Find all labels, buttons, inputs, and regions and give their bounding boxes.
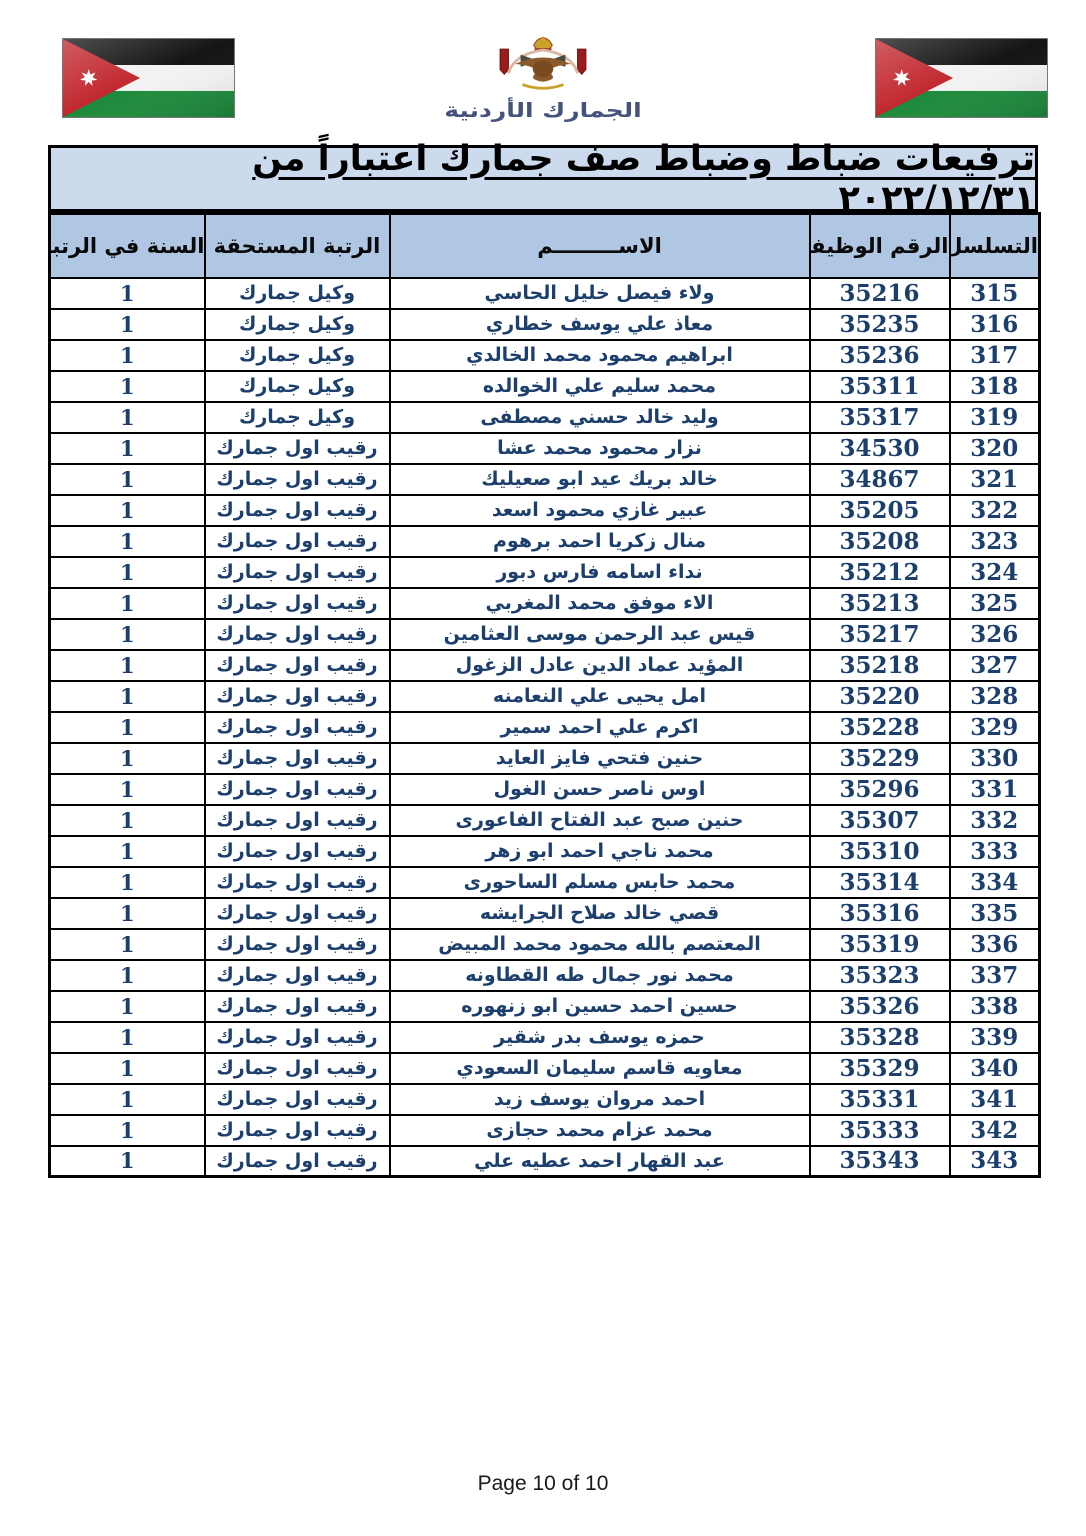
table-row: 330 35229 حنين فتحي فايز العايد رقيب اول…	[50, 743, 1040, 774]
table-row: 337 35323 محمد نور جمال طه القطاونه رقيب…	[50, 960, 1040, 991]
years-cell: 1	[50, 402, 205, 433]
rank-cell: رقيب اول جمارك	[205, 464, 390, 495]
table-row: 336 35319 المعتصم بالله محمود محمد المبي…	[50, 929, 1040, 960]
employee-no-cell: 35311	[810, 371, 950, 402]
years-cell: 1	[50, 464, 205, 495]
rank-cell: رقيب اول جمارك	[205, 650, 390, 681]
employee-no-cell: 35229	[810, 743, 950, 774]
serial-cell: 331	[950, 774, 1040, 805]
serial-cell: 327	[950, 650, 1040, 681]
table-row: 327 35218 المؤيد عماد الدين عادل الزغول …	[50, 650, 1040, 681]
table-row: 329 35228 اكرم علي احمد سمير رقيب اول جم…	[50, 712, 1040, 743]
table-row: 338 35326 حسين احمد حسين ابو زنهوره رقيب…	[50, 991, 1040, 1022]
employee-no-cell: 35317	[810, 402, 950, 433]
serial-cell: 341	[950, 1084, 1040, 1115]
years-cell: 1	[50, 1053, 205, 1084]
rank-cell: رقيب اول جمارك	[205, 929, 390, 960]
rank-cell: رقيب اول جمارك	[205, 991, 390, 1022]
serial-cell: 324	[950, 557, 1040, 588]
years-cell: 1	[50, 340, 205, 371]
page-title: ترفيعات ضباط وضباط صف جمارك اعتباراً من …	[51, 139, 1035, 219]
table-row: 343 35343 عبد القهار احمد عطيه علي رقيب …	[50, 1146, 1040, 1177]
employee-no-cell: 35314	[810, 867, 950, 898]
name-cell: الاء موفق محمد المغربي	[390, 588, 810, 619]
years-cell: 1	[50, 1022, 205, 1053]
employee-no-cell: 35319	[810, 929, 950, 960]
table-row: 333 35310 محمد ناجي احمد ابو زهر رقيب او…	[50, 836, 1040, 867]
serial-cell: 318	[950, 371, 1040, 402]
jordan-customs-emblem: الجمارك الأردنية	[393, 36, 693, 122]
rank-cell: رقيب اول جمارك	[205, 1022, 390, 1053]
years-cell: 1	[50, 1084, 205, 1115]
name-cell: محمد ناجي احمد ابو زهر	[390, 836, 810, 867]
serial-cell: 322	[950, 495, 1040, 526]
years-cell: 1	[50, 526, 205, 557]
name-cell: نزار محمود محمد عشا	[390, 433, 810, 464]
serial-cell: 323	[950, 526, 1040, 557]
years-cell: 1	[50, 1115, 205, 1146]
serial-cell: 340	[950, 1053, 1040, 1084]
years-cell: 1	[50, 991, 205, 1022]
rank-cell: رقيب اول جمارك	[205, 774, 390, 805]
employee-no-cell: 35228	[810, 712, 950, 743]
serial-cell: 315	[950, 278, 1040, 309]
years-cell: 1	[50, 743, 205, 774]
rank-cell: وكيل جمارك	[205, 309, 390, 340]
name-cell: المعتصم بالله محمود محمد المبيض	[390, 929, 810, 960]
years-cell: 1	[50, 898, 205, 929]
employee-no-cell: 34867	[810, 464, 950, 495]
table-row: 319 35317 وليد خالد حسني مصطفى وكيل جمار…	[50, 402, 1040, 433]
name-cell: قصي خالد صلاح الجرايشه	[390, 898, 810, 929]
serial-cell: 337	[950, 960, 1040, 991]
name-cell: محمد نور جمال طه القطاونه	[390, 960, 810, 991]
years-cell: 1	[50, 495, 205, 526]
table-row: 315 35216 ولاء فيصل خليل الحاسي وكيل جما…	[50, 278, 1040, 309]
name-cell: خالد بريك عيد ابو صعيليك	[390, 464, 810, 495]
rank-cell: رقيب اول جمارك	[205, 898, 390, 929]
table-row: 321 34867 خالد بريك عيد ابو صعيليك رقيب …	[50, 464, 1040, 495]
table-row: 335 35316 قصي خالد صلاح الجرايشه رقيب او…	[50, 898, 1040, 929]
document-title-bar: ترفيعات ضباط وضباط صف جمارك اعتباراً من …	[48, 145, 1038, 212]
serial-cell: 320	[950, 433, 1040, 464]
serial-cell: 336	[950, 929, 1040, 960]
name-cell: نداء اسامه فارس دبور	[390, 557, 810, 588]
jordan-flag-icon	[875, 38, 1048, 118]
table-row: 323 35208 منال زكريا احمد برهوم رقيب اول…	[50, 526, 1040, 557]
years-cell: 1	[50, 557, 205, 588]
jordan-flag-icon	[62, 38, 235, 118]
employee-no-cell: 35212	[810, 557, 950, 588]
name-cell: وليد خالد حسني مصطفى	[390, 402, 810, 433]
name-cell: معاويه قاسم سليمان السعودي	[390, 1053, 810, 1084]
table-row: 339 35328 حمزه يوسف بدر شقير رقيب اول جم…	[50, 1022, 1040, 1053]
rank-cell: رقيب اول جمارك	[205, 960, 390, 991]
jordan-coat-of-arms-icon	[468, 36, 618, 92]
years-cell: 1	[50, 371, 205, 402]
serial-cell: 339	[950, 1022, 1040, 1053]
employee-no-cell: 35329	[810, 1053, 950, 1084]
years-cell: 1	[50, 588, 205, 619]
serial-cell: 330	[950, 743, 1040, 774]
serial-cell: 343	[950, 1146, 1040, 1177]
document-page: الجمارك الأردنية ترفيعات ضباط وضباط صف ج…	[0, 0, 1086, 1536]
name-cell: حمزه يوسف بدر شقير	[390, 1022, 810, 1053]
rank-cell: رقيب اول جمارك	[205, 1115, 390, 1146]
name-cell: ابراهيم محمود محمد الخالدي	[390, 340, 810, 371]
rank-cell: رقيب اول جمارك	[205, 495, 390, 526]
years-cell: 1	[50, 650, 205, 681]
table-header: التسلسل الرقم الوظيفي الاســـــــــم الر…	[50, 214, 1040, 278]
name-cell: ولاء فيصل خليل الحاسي	[390, 278, 810, 309]
years-cell: 1	[50, 867, 205, 898]
name-cell: محمد حابس مسلم الساحورى	[390, 867, 810, 898]
employee-no-cell: 35236	[810, 340, 950, 371]
years-cell: 1	[50, 278, 205, 309]
serial-cell: 316	[950, 309, 1040, 340]
employee-no-cell: 35323	[810, 960, 950, 991]
employee-no-cell: 35328	[810, 1022, 950, 1053]
table-row: 320 34530 نزار محمود محمد عشا رقيب اول ج…	[50, 433, 1040, 464]
table-row: 342 35333 محمد عزام محمد حجازى رقيب اول …	[50, 1115, 1040, 1146]
name-cell: محمد سليم علي الخوالده	[390, 371, 810, 402]
rank-cell: وكيل جمارك	[205, 278, 390, 309]
promotions-table: التسلسل الرقم الوظيفي الاســـــــــم الر…	[48, 212, 1041, 1178]
name-cell: عبير غازي محمود اسعد	[390, 495, 810, 526]
serial-cell: 335	[950, 898, 1040, 929]
name-cell: اكرم علي احمد سمير	[390, 712, 810, 743]
employee-no-cell: 35205	[810, 495, 950, 526]
name-cell: المؤيد عماد الدين عادل الزغول	[390, 650, 810, 681]
table-row: 318 35311 محمد سليم علي الخوالده وكيل جم…	[50, 371, 1040, 402]
rank-cell: رقيب اول جمارك	[205, 1146, 390, 1177]
serial-cell: 326	[950, 619, 1040, 650]
years-cell: 1	[50, 960, 205, 991]
years-cell: 1	[50, 309, 205, 340]
table-row: 334 35314 محمد حابس مسلم الساحورى رقيب ا…	[50, 867, 1040, 898]
column-header-serial: التسلسل	[950, 214, 1040, 278]
rank-cell: رقيب اول جمارك	[205, 619, 390, 650]
name-cell: حسين احمد حسين ابو زنهوره	[390, 991, 810, 1022]
rank-cell: وكيل جمارك	[205, 371, 390, 402]
name-cell: معاذ علي يوسف خطاري	[390, 309, 810, 340]
years-cell: 1	[50, 774, 205, 805]
serial-cell: 319	[950, 402, 1040, 433]
name-cell: قيس عبد الرحمن موسى العثامين	[390, 619, 810, 650]
rank-cell: رقيب اول جمارك	[205, 867, 390, 898]
serial-cell: 333	[950, 836, 1040, 867]
table-row: 328 35220 امل يحيى علي النعامنه رقيب اول…	[50, 681, 1040, 712]
serial-cell: 332	[950, 805, 1040, 836]
column-header-emp-no: الرقم الوظيفي	[810, 214, 950, 278]
rank-cell: رقيب اول جمارك	[205, 805, 390, 836]
name-cell: احمد مروان يوسف زيد	[390, 1084, 810, 1115]
employee-no-cell: 35208	[810, 526, 950, 557]
serial-cell: 329	[950, 712, 1040, 743]
years-cell: 1	[50, 929, 205, 960]
rank-cell: رقيب اول جمارك	[205, 526, 390, 557]
employee-no-cell: 35235	[810, 309, 950, 340]
name-cell: امل يحيى علي النعامنه	[390, 681, 810, 712]
years-cell: 1	[50, 1146, 205, 1177]
employee-no-cell: 35343	[810, 1146, 950, 1177]
column-header-name: الاســـــــــم	[390, 214, 810, 278]
name-cell: منال زكريا احمد برهوم	[390, 526, 810, 557]
rank-cell: وكيل جمارك	[205, 340, 390, 371]
rank-cell: رقيب اول جمارك	[205, 557, 390, 588]
table-row: 317 35236 ابراهيم محمود محمد الخالدي وكي…	[50, 340, 1040, 371]
table-row: 332 35307 حنين صبح عبد الفتاح الفاعورى ر…	[50, 805, 1040, 836]
table-row: 331 35296 اوس ناصر حسن الغول رقيب اول جم…	[50, 774, 1040, 805]
name-cell: حنين فتحي فايز العايد	[390, 743, 810, 774]
employee-no-cell: 35316	[810, 898, 950, 929]
name-cell: اوس ناصر حسن الغول	[390, 774, 810, 805]
name-cell: حنين صبح عبد الفتاح الفاعورى	[390, 805, 810, 836]
table-row: 326 35217 قيس عبد الرحمن موسى العثامين ر…	[50, 619, 1040, 650]
employee-no-cell: 35296	[810, 774, 950, 805]
years-cell: 1	[50, 619, 205, 650]
employee-no-cell: 35217	[810, 619, 950, 650]
serial-cell: 334	[950, 867, 1040, 898]
rank-cell: رقيب اول جمارك	[205, 1084, 390, 1115]
name-cell: محمد عزام محمد حجازى	[390, 1115, 810, 1146]
employee-no-cell: 35220	[810, 681, 950, 712]
employee-no-cell: 35326	[810, 991, 950, 1022]
table-row: 325 35213 الاء موفق محمد المغربي رقيب او…	[50, 588, 1040, 619]
rank-cell: رقيب اول جمارك	[205, 836, 390, 867]
serial-cell: 328	[950, 681, 1040, 712]
column-header-rank: الرتبة المستحقة	[205, 214, 390, 278]
rank-cell: رقيب اول جمارك	[205, 712, 390, 743]
employee-no-cell: 35307	[810, 805, 950, 836]
years-cell: 1	[50, 712, 205, 743]
table-row: 316 35235 معاذ علي يوسف خطاري وكيل جمارك…	[50, 309, 1040, 340]
years-cell: 1	[50, 433, 205, 464]
rank-cell: رقيب اول جمارك	[205, 681, 390, 712]
table-row: 324 35212 نداء اسامه فارس دبور رقيب اول …	[50, 557, 1040, 588]
name-cell: عبد القهار احمد عطيه علي	[390, 1146, 810, 1177]
table-row: 340 35329 معاويه قاسم سليمان السعودي رقي…	[50, 1053, 1040, 1084]
employee-no-cell: 35331	[810, 1084, 950, 1115]
rank-cell: رقيب اول جمارك	[205, 743, 390, 774]
page-number: Page 10 of 10	[0, 1472, 1086, 1496]
serial-cell: 321	[950, 464, 1040, 495]
years-cell: 1	[50, 836, 205, 867]
employee-no-cell: 35213	[810, 588, 950, 619]
serial-cell: 342	[950, 1115, 1040, 1146]
table-body: 315 35216 ولاء فيصل خليل الحاسي وكيل جما…	[50, 278, 1040, 1177]
employee-no-cell: 35216	[810, 278, 950, 309]
serial-cell: 325	[950, 588, 1040, 619]
employee-no-cell: 34530	[810, 433, 950, 464]
years-cell: 1	[50, 805, 205, 836]
column-header-years: السنة في الرتبة	[50, 214, 205, 278]
rank-cell: رقيب اول جمارك	[205, 588, 390, 619]
employee-no-cell: 35218	[810, 650, 950, 681]
emblem-calligraphy: الجمارك الأردنية	[356, 98, 731, 122]
employee-no-cell: 35310	[810, 836, 950, 867]
serial-cell: 317	[950, 340, 1040, 371]
years-cell: 1	[50, 681, 205, 712]
employee-no-cell: 35333	[810, 1115, 950, 1146]
rank-cell: رقيب اول جمارك	[205, 433, 390, 464]
table-row: 322 35205 عبير غازي محمود اسعد رقيب اول …	[50, 495, 1040, 526]
rank-cell: رقيب اول جمارك	[205, 1053, 390, 1084]
rank-cell: وكيل جمارك	[205, 402, 390, 433]
table-row: 341 35331 احمد مروان يوسف زيد رقيب اول ج…	[50, 1084, 1040, 1115]
serial-cell: 338	[950, 991, 1040, 1022]
